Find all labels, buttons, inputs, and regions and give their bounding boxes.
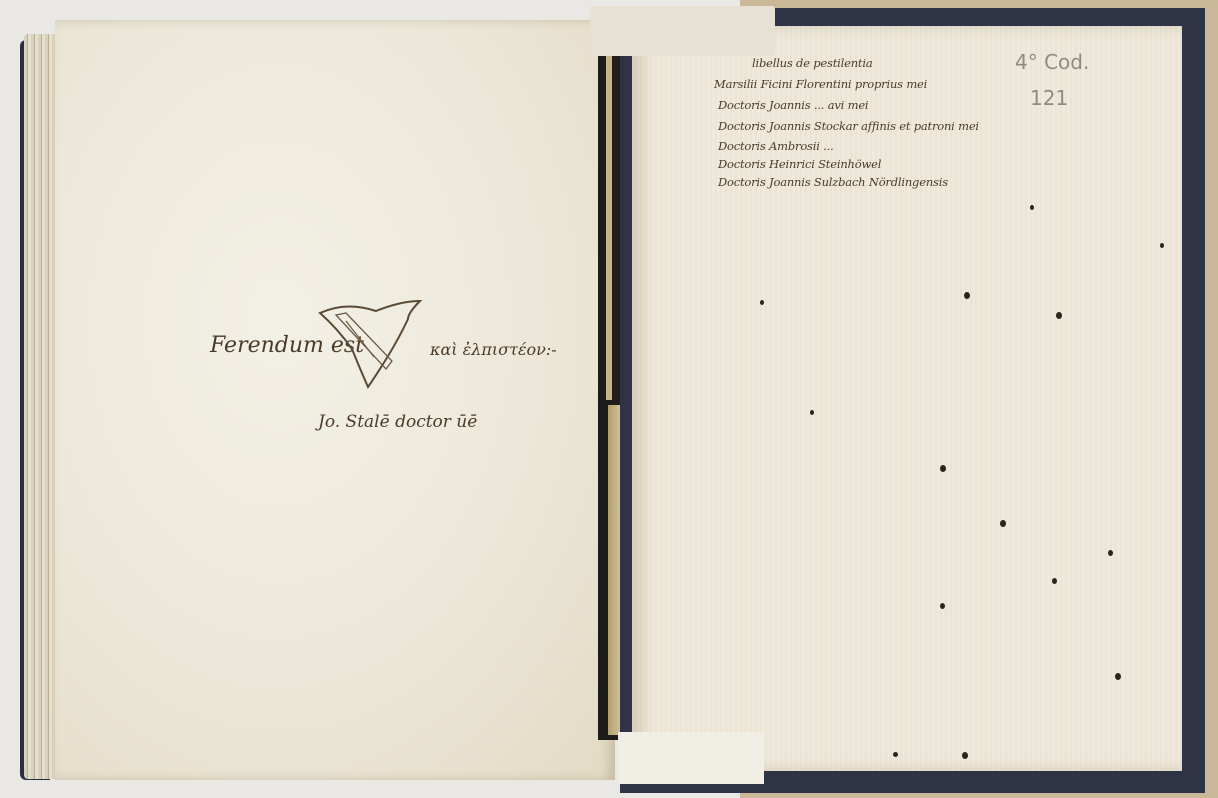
toc-line: Doctoris Ambrosii ... [718,139,834,153]
shelf-number: 121 [1030,86,1068,110]
toc-line: Doctoris Heinrici Steinhöwel [718,157,881,171]
toc-line: Doctoris Joannis Stockar affinis et patr… [718,119,979,133]
wormhole [760,300,764,305]
wormhole [1115,673,1121,680]
wormhole [964,292,970,299]
wormhole [940,465,946,472]
wormhole [962,752,968,759]
wormhole [1160,243,1164,248]
wormhole [940,603,945,609]
toc-line: Doctoris Joannis ... avi mei [718,98,868,112]
owner-signature: Jo. Stalē doctor ūē [318,412,477,432]
wormhole [810,410,814,415]
shelfmark: 4° Cod. [1015,50,1089,74]
wormhole [1108,550,1113,556]
toc-line: Doctoris Joannis Sulzbach Nördlingensis [718,175,948,189]
wormhole [1056,312,1062,319]
toc-line: libellus de pestilentia [752,56,872,70]
toc-line: Marsilii Ficini Florentini proprius mei [714,77,927,91]
top-paper-fragment [590,6,775,56]
bottom-paper-fragment [618,732,764,784]
right-pastedown [632,26,1182,771]
wormhole [1000,520,1006,527]
wormhole [1030,205,1034,210]
coat-of-arms-icon [316,299,426,391]
motto-greek: καὶ ἐλπιστέον:- [430,340,557,359]
wormhole [1052,578,1057,584]
wormhole [893,752,898,757]
left-flyleaf [55,20,615,780]
